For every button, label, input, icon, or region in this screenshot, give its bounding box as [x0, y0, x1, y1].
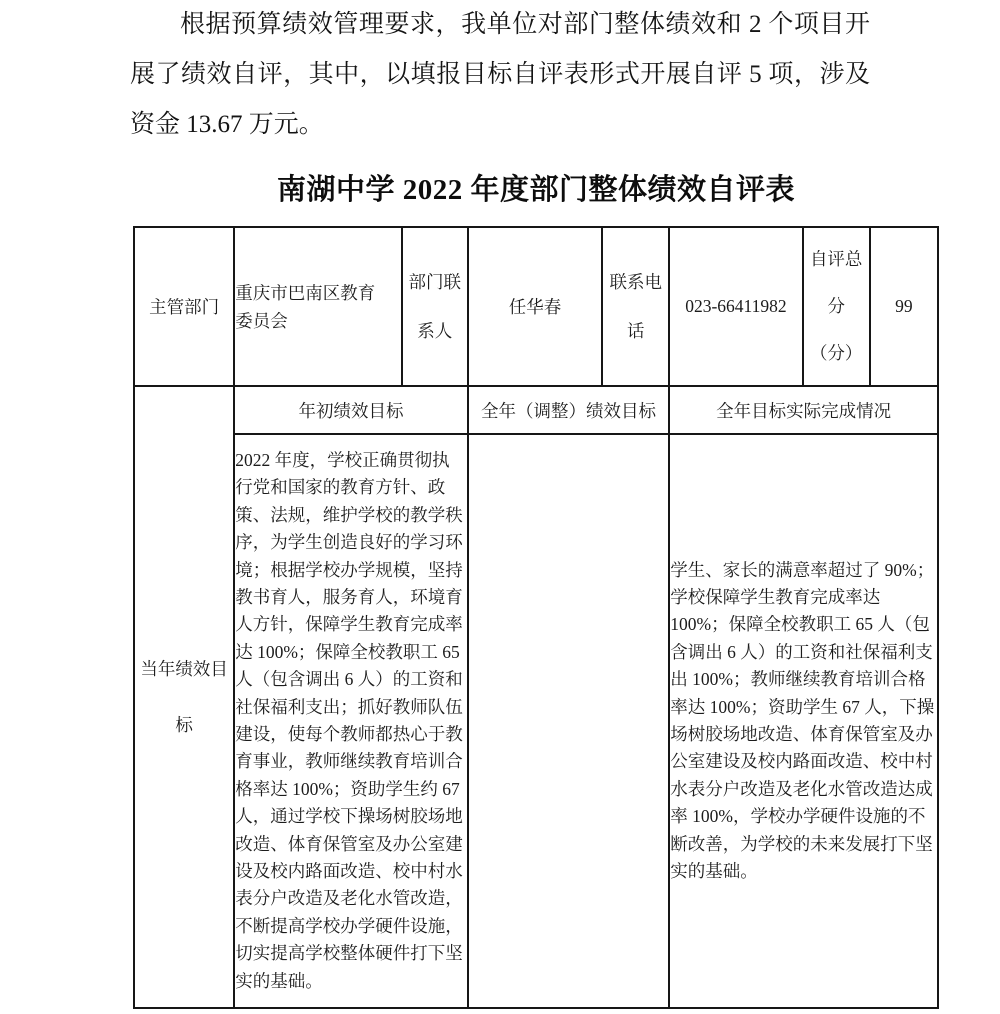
- performance-self-eval-table: 主管部门 重庆市巴南区教育 委员会 部门联 系人 任华春 联系电 话 023-6…: [133, 226, 939, 1009]
- adjusted-goal-text-cell: [468, 434, 669, 1008]
- initial-goal-text-cell: 2022 年度，学校正确贯彻执行党和国家的教育方针、政策、法规，维护学校的教学秩…: [234, 434, 468, 1008]
- goal-header-row: 当年绩效目 标 年初绩效目标 全年（调整）绩效目标 全年目标实际完成情况: [134, 386, 938, 434]
- self-eval-score-value: 99: [870, 227, 938, 386]
- intro-paragraph: 根据预算绩效管理要求，我单位对部门整体绩效和 2 个项目开展了绩效自评，其中，以…: [130, 0, 870, 150]
- adjusted-goal-column-header: 全年（调整）绩效目标: [468, 386, 669, 434]
- self-eval-score-label: 自评总 分 （分）: [803, 227, 870, 386]
- goal-content-row: 2022 年度，学校正确贯彻执行党和国家的教育方针、政策、法规，维护学校的教学秩…: [134, 434, 938, 1008]
- initial-goal-column-header: 年初绩效目标: [234, 386, 468, 434]
- phone-value: 023-66411982: [669, 227, 802, 386]
- dept-contact-value: 任华春: [468, 227, 602, 386]
- actual-completion-column-header: 全年目标实际完成情况: [669, 386, 938, 434]
- info-row: 主管部门 重庆市巴南区教育 委员会 部门联 系人 任华春 联系电 话 023-6…: [134, 227, 938, 386]
- actual-completion-text-cell: 学生、家长的满意率超过了 90%；学校保障学生教育完成率达 100%；保障全校教…: [669, 434, 938, 1008]
- supervisor-dept-label: 主管部门: [134, 227, 234, 386]
- dept-contact-label: 部门联 系人: [402, 227, 468, 386]
- current-year-goal-row-label: 当年绩效目 标: [134, 386, 234, 1008]
- page-title: 南湖中学 2022 年度部门整体绩效自评表: [133, 171, 939, 209]
- supervisor-dept-value: 重庆市巴南区教育 委员会: [234, 227, 401, 386]
- phone-label: 联系电 话: [602, 227, 669, 386]
